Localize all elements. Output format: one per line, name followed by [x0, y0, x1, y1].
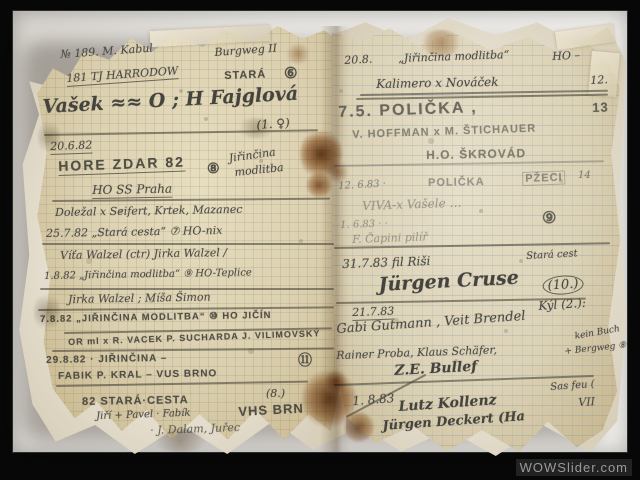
handwritten-line: F. Čapini pilíř — [352, 230, 428, 246]
rust-stain — [326, 160, 348, 184]
handwritten-line: 13 — [592, 99, 609, 115]
handwritten-line: ⑧ — [207, 160, 221, 177]
rust-stain — [326, 368, 346, 394]
handwritten-line: Stará cest — [526, 248, 578, 262]
handwritten-line: HORE ZDAR 82 — [58, 154, 185, 176]
handwritten-line: Víťa Walzel (ctr) Jirka Walzel / — [60, 246, 227, 262]
dirt-smudge — [150, 430, 210, 452]
handwritten-line: 82 STARÁ·CESTA — [82, 394, 189, 408]
rust-stain — [420, 30, 462, 56]
handwritten-line: 31.7.83 fil Riši — [342, 254, 431, 271]
handwritten-line: Jiří + Pavel · Fabík — [96, 408, 191, 422]
handwritten-line: (8.) — [266, 387, 285, 400]
handwritten-line: 12. — [590, 73, 608, 87]
handwritten-line: modlitba — [234, 161, 284, 179]
handwritten-line: ⑥ — [284, 64, 298, 82]
handwritten-line: POLIČKA — [428, 176, 485, 189]
handwritten-line: 181 TJ HARRODOW — [66, 64, 179, 87]
rust-stain — [344, 412, 374, 442]
handwritten-line: 20.8. — [344, 53, 373, 67]
handwritten-line: PŽECI — [522, 170, 566, 186]
wowslider-watermark[interactable]: WOWSlider.com — [516, 459, 632, 476]
handwritten-line: VHS BRN — [238, 401, 304, 419]
handwritten-line: Jürgen Cruse — [378, 267, 519, 296]
handwritten-line: STARÁ — [224, 69, 266, 82]
handwritten-line: + Bergweg ⑧ — [564, 341, 627, 357]
handwritten-line: FABIK P. KRAL – VUS BRNO — [58, 368, 217, 382]
handwritten-line: Z.E. Bullef — [394, 359, 478, 379]
handwritten-line: 1. 6.83 · · — [340, 218, 388, 231]
framed-photo: № 189. M. KabulBurgweg II181 TJ HARRODOW… — [0, 0, 640, 480]
handwritten-line: Doležal x Seifert, Krtek, Mazanec — [55, 203, 243, 219]
pencil-rule-line — [52, 348, 334, 352]
handwritten-line: 14 — [578, 170, 591, 181]
handwritten-line: Jirka Walzel ; Míša Šimon — [68, 291, 211, 306]
handwritten-line: 12. 6.83 · — [338, 179, 386, 192]
rust-stain — [286, 44, 310, 64]
handwritten-line: 7.8.82 „JIŘINČINA MODLITBA“ ⑩ HO JIČÍN — [40, 310, 272, 325]
pencil-rule-line — [40, 288, 334, 290]
pencil-rule-line — [44, 129, 318, 135]
handwritten-line: H.O. ŠKROVÁD — [426, 146, 526, 162]
handwritten-line: V. HOFFMAN x M. ŠTICHAUER — [352, 123, 536, 141]
handwritten-line: ⑪ — [298, 350, 313, 370]
handwritten-line: ⑨ — [542, 208, 557, 228]
handwritten-line: 25.7.82 „Stará cesta“ ⑦ HO-nix — [46, 224, 223, 240]
handwritten-line: Burgweg II — [214, 42, 277, 59]
handwritten-line: VIVA-x Vašele … — [362, 196, 462, 213]
dirt-smudge — [34, 292, 60, 332]
handwritten-line: (10.) — [542, 274, 584, 296]
pencil-rule-line — [38, 306, 334, 310]
handwritten-line: Kalimero x Nováček — [376, 75, 499, 91]
dirt-smudge — [236, 118, 276, 138]
handwritten-line: HO – — [552, 49, 580, 63]
handwritten-line: Sas feu ( — [550, 379, 595, 393]
handwritten-line: Vašek ≈≈ O ; H Fajglová — [42, 83, 299, 118]
handwritten-line: kein Buch — [574, 324, 621, 342]
handwritten-line: 29.8.82 · JIŘINČINA – — [46, 353, 167, 366]
pencil-rule-line — [56, 381, 308, 387]
handwritten-line: № 189. M. Kabul — [60, 42, 153, 61]
dirt-smudge — [38, 120, 60, 154]
handwritten-line: HO SS Praha — [92, 182, 172, 199]
handwritten-line: VII — [578, 395, 595, 409]
handwritten-line: 7.5. POLIČKA , — [338, 99, 478, 122]
pencil-rule-line — [42, 243, 334, 245]
handwritten-line: 1.8.82 „Jiřinčina modlitba“ ⑨ HO-Teplice — [44, 267, 252, 282]
